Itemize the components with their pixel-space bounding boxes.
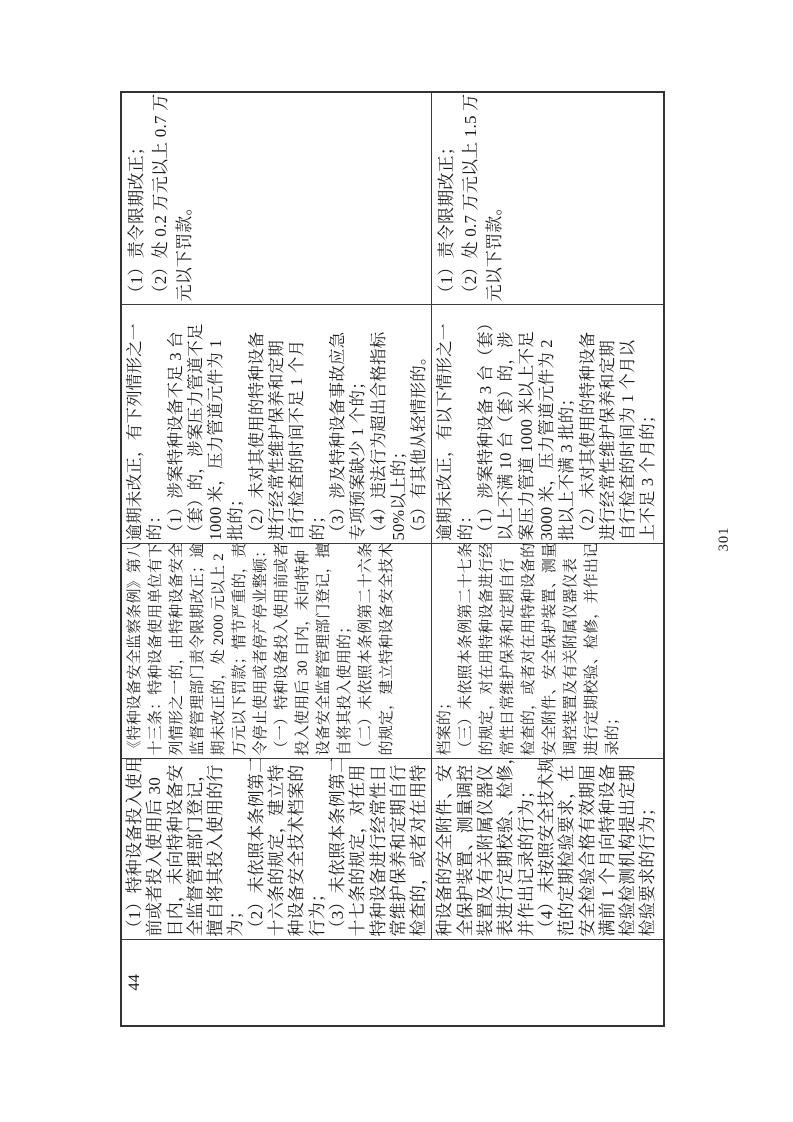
cell-discretion-row2: 逾期未改正，有以下情形之一 的： （1）涉案特种设备 3 台（套） 以上不满 1… <box>432 305 664 544</box>
cell-discretion-row1: 逾期未改正，有下列情形之一 的： （1）涉案特种设备不足 3 台 （套）的，涉案… <box>121 305 432 544</box>
cell-serial-number: 44 <box>121 940 664 1026</box>
legal-basis-text-part1: 《特种设备安全监察条例》第八 十三条：特种设备使用单位有下 列情形之一的，由特种… <box>125 547 398 756</box>
table-row: 44 （1）特种设备投入使用 前或者投入使用后 30 日内，未向特种设备安 全监… <box>121 92 432 1026</box>
serial-number-text: 44 <box>125 943 145 1023</box>
cell-penalty-row1: （1）责令限期改正； （2）处 0.2 万元以上 0.7 万 元以下罚款。 <box>121 92 432 305</box>
regulation-table: 44 （1）特种设备投入使用 前或者投入使用后 30 日内，未向特种设备安 全监… <box>120 91 665 1027</box>
cell-legal-basis-part2: 档案的； （三）未依照本条例第二十七条 的规定，对在用特种设备进行经 常性日常维… <box>432 544 664 759</box>
rotated-landscape-page: 44 （1）特种设备投入使用 前或者投入使用后 30 日内，未向特种设备安 全监… <box>0 0 793 1122</box>
violation-text-part1: （1）特种设备投入使用 前或者投入使用后 30 日内，未向特种设备安 全监督管理… <box>125 762 429 937</box>
discretion-text-row2: 逾期未改正，有以下情形之一 的： （1）涉案特种设备 3 台（套） 以上不满 1… <box>435 308 658 541</box>
cell-legal-basis-part1: 《特种设备安全监察条例》第八 十三条：特种设备使用单位有下 列情形之一的，由特种… <box>121 544 432 759</box>
penalty-text-row1: （1）责令限期改正； （2）处 0.2 万元以上 0.7 万 元以下罚款。 <box>125 95 197 302</box>
discretion-text-row1: 逾期未改正，有下列情形之一 的： （1）涉案特种设备不足 3 台 （套）的，涉案… <box>125 308 429 541</box>
page-number: 301 <box>716 509 733 569</box>
penalty-text-row2: （1）责令限期改正； （2）处 0.7 万元以上 1.5 万 元以下罚款。 <box>435 95 507 302</box>
cell-violation-part1: （1）特种设备投入使用 前或者投入使用后 30 日内，未向特种设备安 全监督管理… <box>121 759 432 940</box>
legal-basis-text-part2: 档案的； （三）未依照本条例第二十七条 的规定，对在用特种设备进行经 常性日常维… <box>435 547 624 756</box>
table-row: 种设备的安全附件、安 全保护装置、测量调控 装置及有关附属仪器仪 表进行定期校验… <box>432 92 664 1026</box>
cell-penalty-row2: （1）责令限期改正； （2）处 0.7 万元以上 1.5 万 元以下罚款。 <box>432 92 664 305</box>
violation-text-part2: 种设备的安全附件、安 全保护装置、测量调控 装置及有关附属仪器仪 表进行定期校验… <box>435 762 658 937</box>
cell-violation-part2: 种设备的安全附件、安 全保护装置、测量调控 装置及有关附属仪器仪 表进行定期校验… <box>432 759 664 940</box>
